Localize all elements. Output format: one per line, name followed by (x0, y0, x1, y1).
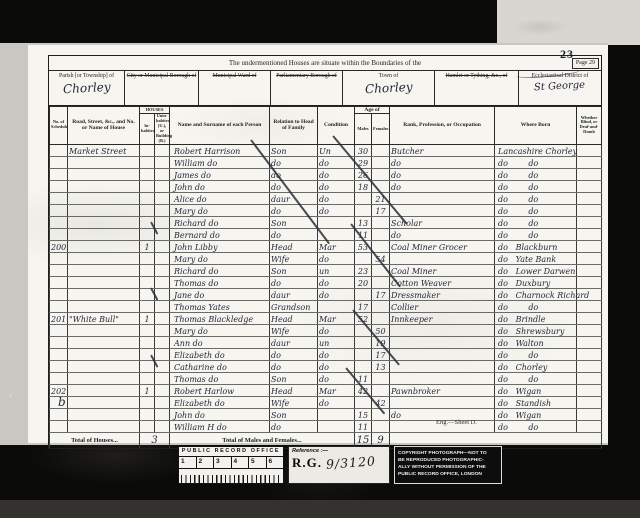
col-header-inhabited: In-habited (140, 114, 155, 145)
cell-age_f (372, 168, 390, 180)
total-houses-value: 3 (140, 432, 170, 448)
copyright-line: BE REPRODUCED PHOTOGRAPHIC- (398, 458, 498, 465)
cell-inh (140, 408, 155, 420)
cell-name: John do (170, 180, 270, 192)
cell-relation: do (270, 204, 318, 216)
district-label: Municipal Ward of (213, 71, 257, 80)
cell-uninh (155, 144, 170, 156)
cell-condition (318, 408, 355, 420)
cell-schedule (50, 348, 68, 360)
cell-name: Jane do (170, 288, 270, 300)
cell-condition: do (318, 156, 355, 168)
table-row: Market StreetRobert HarrisonSonUn30Butch… (50, 144, 602, 156)
cell-schedule (50, 264, 68, 276)
cell-uninh (155, 180, 170, 192)
cell-inh (140, 372, 155, 384)
cell-schedule (50, 300, 68, 312)
table-title: The undermentioned Houses are situate wi… (229, 59, 421, 67)
page-number-box: Page 29 (572, 58, 599, 69)
cell-infirm (577, 216, 602, 228)
cell-age_m (355, 348, 372, 360)
cell-age_m: 11 (355, 420, 372, 432)
ruler-number: 4 (232, 457, 250, 468)
district-cell: Municipal Ward of (199, 71, 271, 105)
reference-piece-number: 9/3120 (326, 453, 377, 471)
table-row: 2001John LibbyHeadMar53Coal Miner Grocer… (50, 240, 602, 252)
cell-relation: Head (270, 384, 318, 396)
cell-born: do Lower Darwen (495, 264, 577, 276)
cell-schedule: 201 (50, 312, 68, 324)
cell-road (68, 360, 140, 372)
cell-born: do Shrewsbury (495, 324, 577, 336)
cell-uninh (155, 312, 170, 324)
cell-age_f: 17 (372, 204, 390, 216)
ruler-number: 2 (197, 457, 215, 468)
cell-born: Lancashire Chorley (495, 144, 577, 156)
table-row: William dododo29dodo do (50, 156, 602, 168)
cell-occupation: Innkeeper (390, 312, 495, 324)
cell-schedule: 200 (50, 240, 68, 252)
col-header-occupation: Rank, Profession, or Occupation (390, 107, 495, 145)
cell-relation: daur (270, 288, 318, 300)
cell-uninh (155, 168, 170, 180)
table-row: Catharine dododo13do Chorley (50, 360, 602, 372)
cell-born: do Charnock Richard (495, 288, 577, 300)
table-row: Elizabeth doWifedo42do Standish (50, 396, 602, 408)
col-header-males: Males (355, 114, 372, 145)
cell-born: do do (495, 180, 577, 192)
cell-uninh (155, 216, 170, 228)
cell-inh (140, 324, 155, 336)
cell-uninh (155, 348, 170, 360)
cell-uninh (155, 264, 170, 276)
cell-born: do do (495, 420, 577, 432)
cell-occupation: do (390, 168, 495, 180)
cell-infirm (577, 180, 602, 192)
cell-relation: Son (270, 408, 318, 420)
cell-infirm (577, 408, 602, 420)
col-header-road: Road, Street, &c., and No. or Name of Ho… (68, 107, 140, 145)
cell-inh: 1 (140, 240, 155, 252)
cell-infirm (577, 300, 602, 312)
cell-relation: daur (270, 336, 318, 348)
district-cell: City or Municipal Borough of (125, 71, 199, 105)
cell-schedule (50, 144, 68, 156)
cell-born: do Chorley (495, 360, 577, 372)
cell-inh: 1 (140, 384, 155, 396)
cell-occupation (390, 252, 495, 264)
cell-born: do Duxbury (495, 276, 577, 288)
cell-age_f (372, 300, 390, 312)
district-value: St George (534, 79, 586, 93)
cell-age_m (355, 336, 372, 348)
cell-road (68, 240, 140, 252)
cell-age_f (372, 144, 390, 156)
cell-road (68, 252, 140, 264)
cell-condition: do (318, 204, 355, 216)
cell-born: do Yate Bank (495, 252, 577, 264)
cell-inh (140, 300, 155, 312)
column-headers: No. of Schedule Road, Street, &c., and N… (50, 107, 602, 145)
cell-uninh (155, 324, 170, 336)
cell-name: Elizabeth do (170, 348, 270, 360)
total-houses-label: Total of Houses... (50, 432, 140, 448)
cell-age_m (355, 360, 372, 372)
cell-infirm (577, 168, 602, 180)
cell-name: Richard do (170, 264, 270, 276)
cell-name: John Libby (170, 240, 270, 252)
cell-condition: Mar (318, 240, 355, 252)
reference-box: Reference :— R.G. 9/3120 (288, 446, 390, 484)
cell-age_f: 13 (372, 360, 390, 372)
cell-age_f (372, 420, 390, 432)
cell-condition: do (318, 192, 355, 204)
cell-occupation (390, 204, 495, 216)
cell-schedule (50, 252, 68, 264)
table-row: Mary dododo17do do (50, 204, 602, 216)
enumeration-table: No. of Schedule Road, Street, &c., and N… (49, 106, 602, 448)
cell-infirm (577, 396, 602, 408)
cell-age_m: 13 (355, 216, 372, 228)
cell-name: Catharine do (170, 360, 270, 372)
table-row: Jane dodaurdo17Dressmakerdo Charnock Ric… (50, 288, 602, 300)
cell-road (68, 288, 140, 300)
cell-infirm (577, 336, 602, 348)
col-header-age: Age of (355, 107, 390, 114)
table-row: Elizabeth dododo17do do (50, 348, 602, 360)
pro-ruler: PUBLIC RECORD OFFICE 123456 (178, 446, 284, 484)
district-cell: Town ofChorley (343, 71, 435, 105)
cell-inh: 1 (140, 312, 155, 324)
cell-road (68, 420, 140, 432)
cell-name: Thomas do (170, 372, 270, 384)
cell-born: do do (495, 300, 577, 312)
cell-name: William do (170, 156, 270, 168)
cell-condition: do (318, 276, 355, 288)
cell-born: do Wigan (495, 384, 577, 396)
cell-age_m (355, 204, 372, 216)
cell-occupation: Dressmaker (390, 288, 495, 300)
cell-occupation (390, 396, 495, 408)
cell-name: Ann do (170, 336, 270, 348)
cell-condition: do (318, 168, 355, 180)
cell-occupation: Coal Miner (390, 264, 495, 276)
cell-condition: do (318, 180, 355, 192)
census-rows: Market StreetRobert HarrisonSonUn30Butch… (50, 144, 602, 432)
cell-inh (140, 336, 155, 348)
cell-schedule (50, 216, 68, 228)
cell-born: do do (495, 156, 577, 168)
census-form-page: 23 The undermentioned Houses are situate… (28, 45, 608, 443)
cell-inh (140, 276, 155, 288)
cell-name: Thomas do (170, 276, 270, 288)
copyright-line: ALLY WITHOUT PERMISSION OF THE (398, 465, 498, 472)
cell-born: do do (495, 372, 577, 384)
cell-relation: do (270, 360, 318, 372)
ruler-number: 1 (179, 457, 197, 468)
cell-relation: Son (270, 264, 318, 276)
cell-name: James do (170, 168, 270, 180)
cell-relation: do (270, 156, 318, 168)
cell-uninh (155, 396, 170, 408)
cell-age_m: 18 (355, 180, 372, 192)
table-row: Richard doSon13Scholardo do (50, 216, 602, 228)
cell-uninh (155, 300, 170, 312)
cell-age_m (355, 288, 372, 300)
cell-name: Mary do (170, 252, 270, 264)
cell-road (68, 228, 140, 240)
district-cell: Parish [or Township] ofChorley (49, 71, 125, 105)
cell-infirm (577, 384, 602, 396)
cell-road (68, 384, 140, 396)
cell-relation: do (270, 276, 318, 288)
cell-schedule (50, 420, 68, 432)
cell-infirm (577, 264, 602, 276)
table-row: 201"White Bull"1Thomas BlackledgeHeadMar… (50, 312, 602, 324)
cell-road (68, 336, 140, 348)
cell-occupation: do (390, 180, 495, 192)
cell-name: Mary do (170, 324, 270, 336)
cell-inh (140, 252, 155, 264)
cell-infirm (577, 240, 602, 252)
cell-road (68, 180, 140, 192)
district-label: Hamlet or Tything, &c., of (446, 71, 508, 80)
cell-age_m (355, 396, 372, 408)
cell-road (68, 204, 140, 216)
table-row: Thomas YatesGrandson17Collierdo do (50, 300, 602, 312)
ruler-number: 5 (249, 457, 267, 468)
copyright-notice: COPYRIGHT PHOTOGRAPH—NOT TOBE REPRODUCED… (394, 446, 502, 484)
cell-uninh (155, 204, 170, 216)
district-label: City or Municipal Borough of (127, 71, 197, 80)
cell-condition: do (318, 324, 355, 336)
cell-uninh (155, 384, 170, 396)
cell-condition: do (318, 396, 355, 408)
cell-inh (140, 168, 155, 180)
col-header-name: Name and Surname of each Person (170, 107, 270, 145)
district-label: Parish [or Township] of (59, 71, 114, 80)
cell-road (68, 192, 140, 204)
table-row: Richard doSonun23Coal Minerdo Lower Darw… (50, 264, 602, 276)
cell-relation: do (270, 348, 318, 360)
cell-uninh (155, 408, 170, 420)
table-row: John dododo18dodo do (50, 180, 602, 192)
cell-born: do Standish (495, 396, 577, 408)
cell-name: William H do (170, 420, 270, 432)
table-row: William H dodo11do do (50, 420, 602, 432)
cell-occupation: Pawnbroker (390, 384, 495, 396)
cell-relation: do (270, 420, 318, 432)
cell-name: Elizabeth do (170, 396, 270, 408)
cell-born: do do (495, 168, 577, 180)
cell-infirm (577, 360, 602, 372)
cell-relation: Wife (270, 396, 318, 408)
cell-age_f (372, 312, 390, 324)
reference-series: R.G. (292, 455, 322, 471)
table-row: Mary doWifedo50do Shrewsbury (50, 324, 602, 336)
cell-name: Mary do (170, 204, 270, 216)
col-header-uninhabited: Unin-habited (U.), or Building (B.) (155, 114, 170, 145)
cell-uninh (155, 252, 170, 264)
table-row: 2021Robert HarlowHeadMar42Pawnbrokerdo W… (50, 384, 602, 396)
cell-infirm (577, 312, 602, 324)
cell-born: do Wigan (495, 408, 577, 420)
cell-road (68, 372, 140, 384)
cell-road (68, 264, 140, 276)
cell-occupation (390, 372, 495, 384)
cell-uninh (155, 420, 170, 432)
cell-road: Market Street (68, 144, 140, 156)
cell-infirm (577, 372, 602, 384)
cell-age_m: 17 (355, 300, 372, 312)
cell-condition (318, 216, 355, 228)
cell-age_f (372, 228, 390, 240)
cell-occupation: Coal Miner Grocer (390, 240, 495, 252)
cell-relation: Wife (270, 252, 318, 264)
cell-infirm (577, 204, 602, 216)
cell-occupation: Butcher (390, 144, 495, 156)
cell-name: John do (170, 408, 270, 420)
cell-name: Robert Harlow (170, 384, 270, 396)
cell-name: Thomas Blackledge (170, 312, 270, 324)
cell-born: do do (495, 228, 577, 240)
cell-born: do Brindle (495, 312, 577, 324)
cell-schedule (50, 228, 68, 240)
cell-inh (140, 228, 155, 240)
cell-occupation: Cotton Weaver (390, 276, 495, 288)
pro-reference-stamp: PUBLIC RECORD OFFICE 123456 Reference :—… (178, 446, 502, 484)
cell-born: do Blackburn (495, 240, 577, 252)
ruler-number: 3 (214, 457, 232, 468)
cell-schedule (50, 408, 68, 420)
scan-margin-top-right (497, 0, 640, 45)
cell-condition: un (318, 264, 355, 276)
cell-schedule (50, 324, 68, 336)
cell-age_m: 23 (355, 264, 372, 276)
table-row: James dododo26dodo do (50, 168, 602, 180)
table-row: John doSon15dodo Wigan (50, 408, 602, 420)
cell-occupation (390, 360, 495, 372)
cell-schedule (50, 276, 68, 288)
cell-age_f (372, 240, 390, 252)
col-header-schedule: No. of Schedule (50, 107, 68, 145)
cell-relation: Wife (270, 324, 318, 336)
district-value: Chorley (364, 79, 412, 95)
table-row: Thomas dododo20Cotton Weaverdo Duxbury (50, 276, 602, 288)
cell-schedule (50, 180, 68, 192)
cell-infirm (577, 228, 602, 240)
cell-born: do do (495, 348, 577, 360)
cell-inh (140, 204, 155, 216)
cell-road (68, 276, 140, 288)
cell-name: Alice do (170, 192, 270, 204)
cell-road: "White Bull" (68, 312, 140, 324)
ruler-scale-numbers: 123456 (179, 457, 283, 469)
cell-uninh (155, 276, 170, 288)
cell-occupation (390, 348, 495, 360)
cell-name: Thomas Yates (170, 300, 270, 312)
cell-age_f (372, 216, 390, 228)
cell-relation: Grandson (270, 300, 318, 312)
cell-relation: Head (270, 240, 318, 252)
cell-condition: do (318, 288, 355, 300)
col-header-infirm: Whether Blind, or Deaf-and-Dumb (577, 107, 602, 145)
cell-condition (318, 420, 355, 432)
cell-road (68, 348, 140, 360)
cell-uninh (155, 156, 170, 168)
cell-road (68, 396, 140, 408)
cell-condition: do (318, 252, 355, 264)
cell-condition: Mar (318, 312, 355, 324)
ruler-number: 6 (267, 457, 284, 468)
cell-road (68, 300, 140, 312)
cell-schedule (50, 336, 68, 348)
cell-occupation: Collier (390, 300, 495, 312)
col-header-relation: Relation to Head of Family (270, 107, 318, 145)
cell-condition (318, 300, 355, 312)
cell-age_f (372, 276, 390, 288)
cell-road (68, 324, 140, 336)
cell-road (68, 156, 140, 168)
cell-age_m (355, 192, 372, 204)
cell-infirm (577, 252, 602, 264)
cell-inh (140, 396, 155, 408)
cell-born: do do (495, 192, 577, 204)
cell-uninh (155, 192, 170, 204)
col-header-females: Females (372, 114, 390, 145)
table-row: Mary doWifedo54do Yate Bank (50, 252, 602, 264)
cell-uninh (155, 372, 170, 384)
cell-relation: do (270, 228, 318, 240)
cell-road (68, 168, 140, 180)
district-label: Town of (379, 71, 398, 80)
census-table: The undermentioned Houses are situate wi… (48, 55, 602, 449)
cell-schedule (50, 156, 68, 168)
cell-inh (140, 264, 155, 276)
cell-infirm (577, 276, 602, 288)
cell-road (68, 408, 140, 420)
cell-age_f (372, 372, 390, 384)
cell-name: Richard do (170, 216, 270, 228)
copyright-line: PUBLIC RECORD OFFICE, LONDON (398, 472, 498, 479)
cell-schedule (50, 192, 68, 204)
cell-uninh (155, 240, 170, 252)
cell-occupation (390, 192, 495, 204)
scan-margin-bottom (0, 500, 640, 518)
cell-schedule (50, 204, 68, 216)
cell-inh (140, 180, 155, 192)
cell-age_m: 20 (355, 276, 372, 288)
cell-infirm (577, 144, 602, 156)
cell-road (68, 216, 140, 228)
cell-schedule (50, 372, 68, 384)
cell-inh (140, 156, 155, 168)
cell-age_m: 15 (355, 408, 372, 420)
cell-relation: Head (270, 312, 318, 324)
cell-name: Bernard do (170, 228, 270, 240)
ruler-tick-marks (181, 469, 281, 484)
cell-condition: Mar (318, 384, 355, 396)
cell-born: do do (495, 204, 577, 216)
district-cell: Hamlet or Tything, &c., of (435, 71, 519, 105)
sheet-note: Eng.—Sheet D. (436, 419, 477, 426)
cell-age_m (355, 252, 372, 264)
cell-age_m: 30 (355, 144, 372, 156)
cell-infirm (577, 420, 602, 432)
cell-infirm (577, 192, 602, 204)
cell-age_f (372, 156, 390, 168)
cell-age_f: 17 (372, 288, 390, 300)
